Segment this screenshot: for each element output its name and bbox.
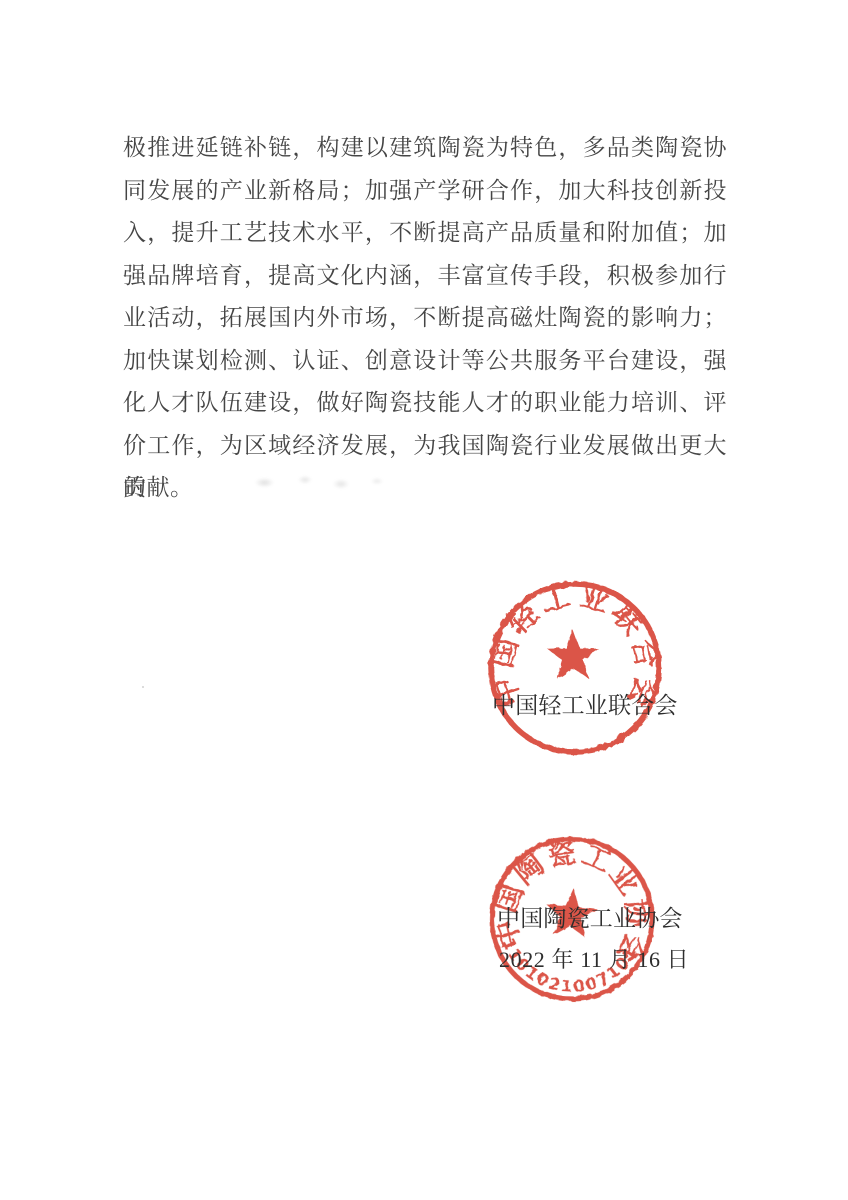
light-industry-seal: 中国轻工业联合会: [480, 573, 670, 763]
signature-date: 2022 年 11 月 16 日: [499, 943, 689, 974]
org-signature-light-industry: 中国轻工业联合会: [492, 687, 678, 720]
body-line: 极推进延链补链，构建以建筑陶瓷为特色，多品类陶瓷协: [123, 127, 727, 170]
org-signature-ceramic: 中国陶瓷工业协会: [497, 900, 683, 933]
body-line: 业活动，拓展国内外市场，不断提高磁灶陶瓷的影响力；: [123, 297, 727, 340]
star-icon: [547, 630, 598, 679]
body-line: 强品牌培育，提高文化内涵，丰富宣传手段，积极参加行: [123, 255, 727, 298]
scan-speck: [142, 686, 144, 688]
body-line: 加快谋划检测、认证、创意设计等公共服务平台建设，强: [123, 340, 727, 383]
body-line: 化人才队伍建设，做好陶瓷技能人才的职业能力培训、评: [123, 382, 727, 425]
body-line: 同发展的产业新格局；加强产学研合作，加大科技创新投: [123, 170, 727, 213]
body-line: 价工作，为区域经济发展，为我国陶瓷行业发展做出更大的: [123, 425, 727, 468]
body-paragraph: 极推进延链补链，构建以建筑陶瓷为特色，多品类陶瓷协 同发展的产业新格局；加强产学…: [123, 127, 727, 510]
body-line: 贡献。: [123, 467, 727, 510]
body-line: 入，提升工艺技术水平，不断提高产品质量和附加值；加: [123, 212, 727, 255]
